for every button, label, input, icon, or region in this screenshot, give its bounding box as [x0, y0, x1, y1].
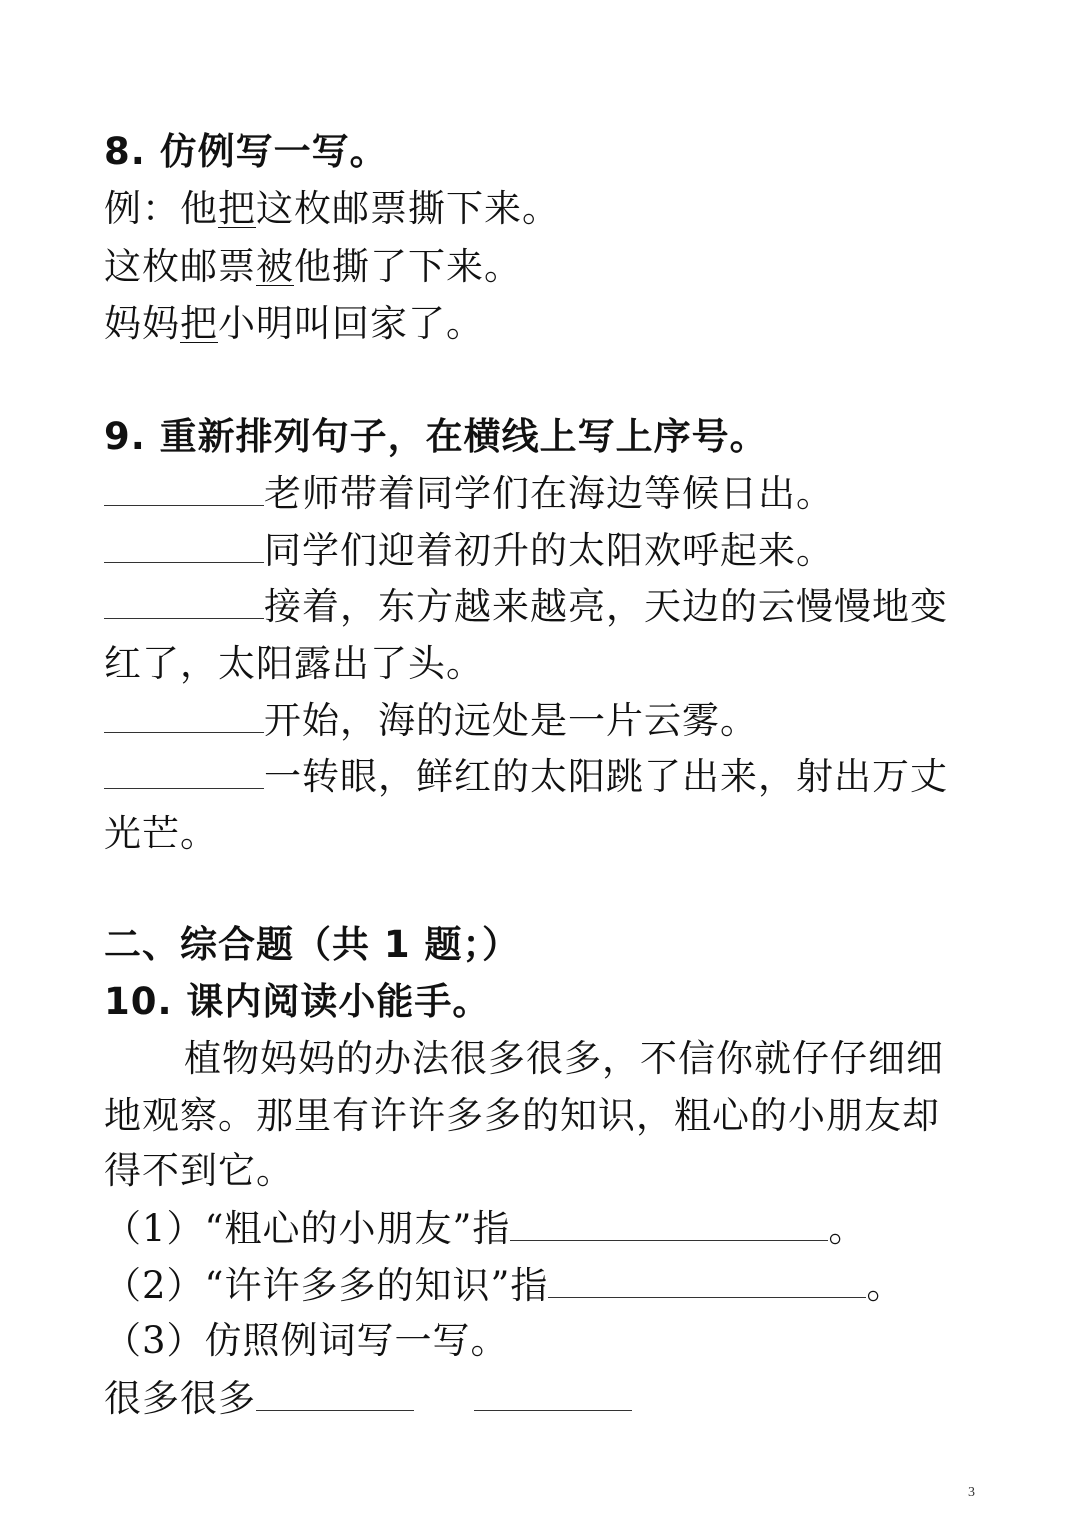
q8-example2-text: 这枚邮票	[104, 245, 256, 288]
q9-sentence-3: 接着，东方越来越亮，天边的云慢慢地变	[264, 585, 948, 628]
q10-sub1-answer-blank[interactable]	[510, 1210, 828, 1241]
q10-sub2: （2）“许许多多的知识”指。	[104, 1267, 904, 1304]
q9-item-4: 开始，海的远处是一片云雾。	[104, 702, 758, 739]
q9-answer-blank-5[interactable]	[104, 758, 264, 789]
q8-task-line: 妈妈把小明叫回家了。	[104, 305, 484, 342]
q9-answer-blank-1[interactable]	[104, 475, 264, 506]
q10-sub1-label: （1）“粗心的小朋友”指	[104, 1207, 510, 1250]
q9-item-2: 同学们迎着初升的太阳欢呼起来。	[104, 532, 834, 569]
q8-task-text-end: 小明叫回家了。	[218, 302, 484, 345]
q8-example2-line: 这枚邮票被他撕了下来。	[104, 248, 522, 285]
q9-item-5: 一转眼，鲜红的太阳跳了出来，射出万丈	[104, 758, 948, 795]
q9-sentence-2: 同学们迎着初升的太阳欢呼起来。	[264, 529, 834, 572]
q10-sub3-example: 很多很多	[104, 1380, 632, 1417]
q8-example2-text-end: 他撕了下来。	[294, 245, 522, 288]
q8-example-line: 例：他把这枚邮票撕下来。	[104, 190, 560, 227]
q10-sub1: （1）“粗心的小朋友”指。	[104, 1210, 866, 1247]
q9-item-5-cont: 光芒。	[104, 815, 218, 852]
q8-title: 8. 仿例写一写。	[104, 133, 388, 170]
q10-sub3-answer-blank-1[interactable]	[256, 1380, 414, 1411]
q9-answer-blank-2[interactable]	[104, 532, 264, 563]
q10-title: 10. 课内阅读小能手。	[104, 983, 490, 1020]
q10-passage-line-3: 得不到它。	[104, 1152, 294, 1189]
q9-item-3: 接着，东方越来越亮，天边的云慢慢地变	[104, 588, 948, 625]
q9-answer-blank-4[interactable]	[104, 702, 264, 733]
q10-sub3-answer-blank-2[interactable]	[474, 1380, 632, 1411]
section2-title: 二、综合题（共 1 题；）	[104, 926, 520, 963]
q9-answer-blank-3[interactable]	[104, 588, 264, 619]
q9-item-1: 老师带着同学们在海边等候日出。	[104, 475, 834, 512]
q9-item-3-cont: 红了，太阳露出了头。	[104, 645, 484, 682]
q9-sentence-1: 老师带着同学们在海边等候日出。	[264, 472, 834, 515]
q10-passage-line-2: 地观察。那里有许许多多的知识，粗心的小朋友却	[104, 1097, 940, 1134]
q10-sub2-label: （2）“许许多多的知识”指	[104, 1264, 548, 1307]
q10-example-word: 很多很多	[104, 1377, 256, 1420]
q10-sub3: （3）仿照例词写一写。	[104, 1322, 509, 1359]
q8-task-keyword: 把	[180, 302, 218, 345]
q10-sub2-period: 。	[866, 1264, 904, 1307]
q8-example-text-end: 这枚邮票撕下来。	[256, 187, 560, 230]
q10-sub1-period: 。	[828, 1207, 866, 1250]
q10-passage-line-1: 植物妈妈的办法很多很多，不信你就仔仔细细	[184, 1040, 944, 1077]
q10-sub2-answer-blank[interactable]	[548, 1267, 866, 1298]
q9-sentence-5: 一转眼，鲜红的太阳跳了出来，射出万丈	[264, 755, 948, 798]
q8-example2-keyword: 被	[256, 245, 294, 288]
q8-example-prefix: 例：	[104, 187, 180, 230]
page-number: 3	[968, 1485, 975, 1501]
q8-task-text: 妈妈	[104, 302, 180, 345]
q9-title: 9. 重新排列句子，在横线上写上序号。	[104, 418, 768, 455]
q8-example-keyword: 把	[218, 187, 256, 230]
q9-sentence-4: 开始，海的远处是一片云雾。	[264, 699, 758, 742]
q8-example-text: 他	[180, 187, 218, 230]
